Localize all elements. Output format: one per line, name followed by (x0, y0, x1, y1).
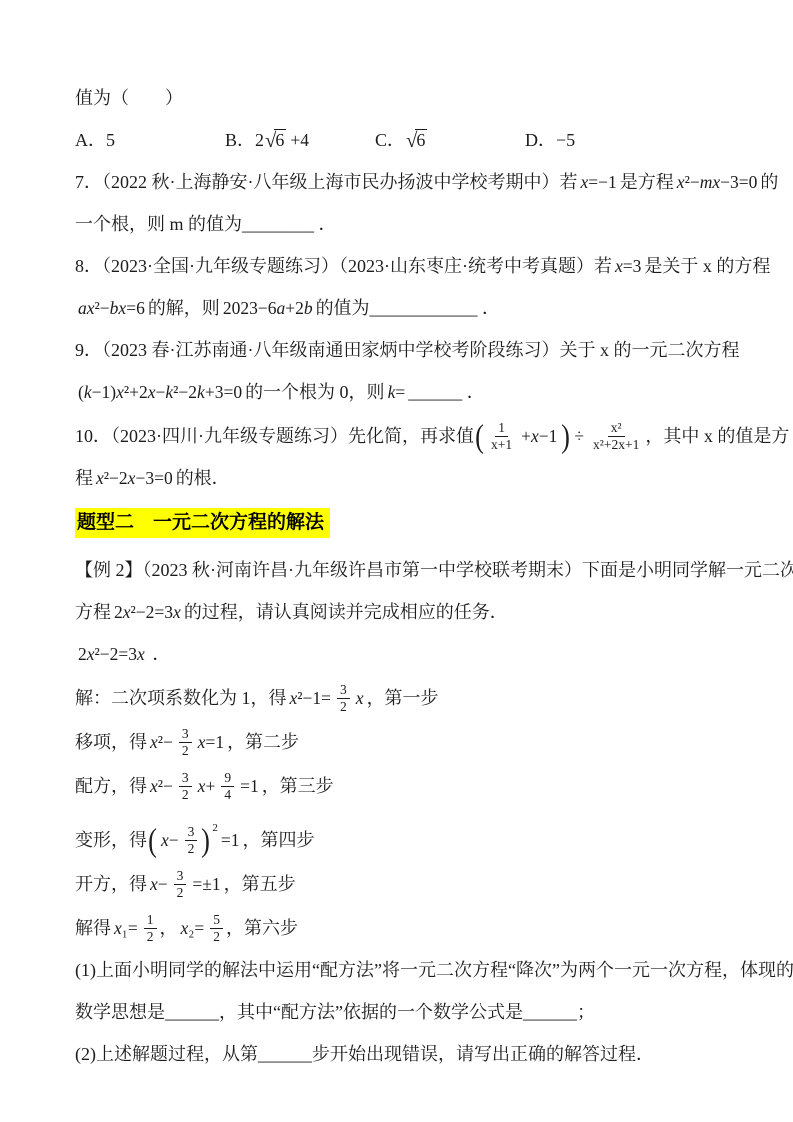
text-run: 【例 2】（2023 秋·河南许昌·九年级许昌市第一中学校联考期末）下面是小明同… (75, 560, 793, 580)
solution-step-5: 开方，得x−32=±1，第五步 (75, 870, 733, 902)
solution-step-2: 移项，得x²−32x=1，第二步 (75, 728, 733, 760)
text-run: ，第三步 (262, 776, 334, 796)
text-run: ，第四步 (243, 830, 315, 850)
text-run: ． (148, 644, 171, 664)
fraction: 32 (337, 682, 350, 714)
fraction: 32 (174, 868, 187, 900)
text-run: 方程 (75, 602, 111, 622)
text-run: ______ ． (408, 382, 485, 402)
fraction-numerator: 9 (221, 770, 234, 787)
text-run: 的根． (176, 468, 230, 488)
math-run: x=1 (198, 732, 224, 752)
text-run: 的一个根为 0，则 (245, 382, 385, 402)
math-run: x− (150, 874, 168, 894)
math-run: x+ (198, 776, 216, 796)
solution-step-4: 变形，得(x−32)2=1，第四步 (75, 816, 733, 858)
text-run: ，其中 x 的值是方 (645, 426, 789, 446)
math-run: x²− (150, 776, 173, 796)
math-run: x²− (150, 732, 173, 752)
text-run: 一个根，则 m 的值为________ ． (75, 214, 337, 234)
fraction-numerator: 1 (495, 420, 508, 437)
section-heading-line: 题型二 一元二次方程的解法 (75, 508, 733, 538)
fraction-numerator: 3 (185, 824, 198, 841)
fraction-numerator: 3 (337, 682, 350, 699)
text-run: 的 (760, 172, 778, 192)
fraction-numerator: 1 (144, 912, 157, 929)
choice-C: C．√6 (375, 128, 525, 152)
fraction-denominator: 2 (337, 699, 350, 715)
text-run: 移项，得 (75, 732, 147, 752)
fraction-denominator: 2 (185, 841, 198, 857)
fraction-denominator: 2 (179, 743, 192, 759)
sqrt-radical: √6 (406, 128, 427, 152)
text-run: ，第六步 (226, 918, 298, 938)
fraction-denominator: 4 (221, 787, 234, 803)
fraction-denominator: 2 (144, 929, 157, 945)
text-run: B．2 (225, 130, 264, 150)
text-run: 7．（2022 秋·上海静安·八年级上海市民办扬波中学校考期中）若 (75, 172, 578, 192)
choice-D: D．−5 (525, 128, 575, 152)
solution-step-1: 解：二次项系数化为 1，得x²−1=32x，第一步 (75, 684, 733, 716)
math-run: x²−1= (290, 688, 332, 708)
example-2-line-2: 方程2x²−2=3x的过程，请认真阅读并完成相应的任务． (75, 600, 733, 624)
solution-step-6: 解得x₁=12，x₂=52，第六步 (75, 914, 733, 946)
text-run: 的过程，请认真阅读并完成相应的任务． (184, 602, 508, 622)
problem-7-line-1: 7．（2022 秋·上海静安·八年级上海市民办扬波中学校考期中）若x=−1是方程… (75, 170, 733, 194)
problem-8-line-2: ax²−bx=6的解，则2023−6a+2b的值为____________ ． (75, 296, 733, 320)
choice-B: B．2√6+4 (225, 128, 375, 152)
radicand: 6 (274, 129, 286, 152)
text-run: 是关于 x 的方程 (644, 256, 770, 276)
math-run: =1 (240, 776, 259, 796)
sqrt-radical: √6 (265, 128, 286, 152)
text-run: 数学思想是______，其中“配方法”依据的一个数学公式是______； (75, 1002, 595, 1022)
math-run: =1 (221, 830, 240, 850)
math-run: 2023−6a+2b (223, 298, 313, 318)
text-run: (2)上述解题过程，从第______步开始出现错误，请写出正确的解答过程． (75, 1044, 654, 1064)
text-run: C． (375, 130, 405, 150)
text-run: 的解，则 (148, 298, 220, 318)
fraction: 12 (144, 912, 157, 944)
problem-9-line-2: (k−1)x²+2x−k²−2k+3=0的一个根为 0，则k=______ ． (75, 380, 733, 404)
fraction-denominator: 2 (210, 929, 223, 945)
task-1-line-1: (1)上面小明同学的解法中运用“配方法”将一元二次方程“降次”为两个一元一次方程… (75, 958, 733, 982)
text-run: 8．（2023·全国·九年级专题练习）（2023·山东枣庄·统考中考真题）若 (75, 256, 612, 276)
task-1-line-2: 数学思想是______，其中“配方法”依据的一个数学公式是______； (75, 1000, 733, 1024)
text-run: A．5 (75, 130, 115, 150)
fraction-numerator: 3 (179, 726, 192, 743)
text-run: ，第五步 (224, 874, 296, 894)
fraction-numerator: x² (608, 420, 625, 437)
text-run: 配方，得 (75, 776, 147, 796)
text-run: 开方，得 (75, 874, 147, 894)
task-2-line: (2)上述解题过程，从第______步开始出现错误，请写出正确的解答过程． (75, 1042, 733, 1066)
math-run: +x−1 (521, 426, 557, 446)
text-run: 10．（2023·四川·九年级专题练习）先化简，再求值 (75, 426, 474, 446)
math-run: 2x²−2=3x (114, 602, 181, 622)
worksheet-content: 值为（ ）A．5B．2√6+4C．√6D．−57．（2022 秋·上海静安·八年… (75, 86, 733, 1066)
math-run: ÷ (574, 426, 584, 446)
fraction-numerator: 5 (210, 912, 223, 929)
problem-8-line-1: 8．（2023·全国·九年级专题练习）（2023·山东枣庄·统考中考真题）若x=… (75, 254, 733, 278)
section-heading: 题型二 一元二次方程的解法 (75, 508, 330, 538)
fraction: 32 (185, 824, 198, 856)
text-run: ， (160, 918, 178, 938)
fraction: 52 (210, 912, 223, 944)
text-run: 变形，得 (75, 830, 147, 850)
math-run: x=−1 (581, 172, 617, 192)
solution-step-3: 配方，得x²−32x+94=1，第三步 (75, 772, 733, 804)
math-run: x− (161, 830, 179, 850)
text-run: ，第一步 (367, 688, 439, 708)
paren-power: )2 (200, 830, 218, 850)
radicand: 6 (415, 129, 427, 152)
problem-7-line-2: 一个根，则 m 的值为________ ． (75, 212, 733, 236)
problem-10-line-1: 10．（2023·四川·九年级专题练习）先化简，再求值(1x+1+x−1)÷x²… (75, 422, 733, 454)
fraction-denominator: 2 (174, 885, 187, 901)
math-run: x₁= (114, 918, 138, 938)
math-run: 2x²−2=3x (78, 644, 145, 664)
fraction: 94 (221, 770, 234, 802)
text-run: 的值为____________ ． (316, 298, 501, 318)
problem-10-line-2: 程x²−2x−3=0的根． (75, 466, 733, 490)
fraction: x²x²+2x+1 (590, 420, 642, 452)
text-run: D．−5 (525, 130, 575, 150)
choice-A: A．5 (75, 128, 225, 152)
text-run: 程 (75, 468, 93, 488)
math-run: =±1 (192, 874, 220, 894)
fraction-denominator: 2 (179, 787, 192, 803)
fraction-denominator: x²+2x+1 (590, 437, 642, 453)
worksheet-page: 值为（ ）A．5B．2√6+4C．√6D．−57．（2022 秋·上海静安·八年… (0, 0, 793, 1122)
fraction: 32 (179, 770, 192, 802)
text-run: 解：二次项系数化为 1，得 (75, 688, 287, 708)
text-run: 解得 (75, 918, 111, 938)
problem-9-line-1: 9．（2023 春·江苏南通·八年级南通田家炳中学校考阶段练习）关于 x 的一元… (75, 338, 733, 362)
fraction: 32 (179, 726, 192, 758)
math-run: (k−1)x²+2x−k²−2k+3=0 (78, 382, 242, 402)
fraction-numerator: 3 (174, 868, 187, 885)
example-2-line-1: 【例 2】（2023 秋·河南许昌·九年级许昌市第一中学校联考期末）下面是小明同… (75, 558, 733, 582)
problem-6-choices: A．5B．2√6+4C．√6D．−5 (75, 128, 733, 152)
text-run: 值为（ ） (75, 88, 183, 108)
problem-6-stem-tail: 值为（ ） (75, 86, 733, 110)
fraction: 1x+1 (488, 420, 515, 452)
fraction-denominator: x+1 (488, 437, 515, 453)
math-run: x²−2x−3=0 (96, 468, 173, 488)
math-run: ax²−bx=6 (78, 298, 145, 318)
text-run: (1)上面小明同学的解法中运用“配方法”将一元二次方程“降次”为两个一元一次方程… (75, 960, 793, 980)
equation-line: 2x²−2=3x ． (75, 642, 733, 666)
math-run: x²−mx−3=0 (677, 172, 758, 192)
text-run: 9．（2023 春·江苏南通·八年级南通田家炳中学校考阶段练习）关于 x 的一元… (75, 340, 740, 360)
text-run: 是方程 (620, 172, 674, 192)
fraction-numerator: 3 (179, 770, 192, 787)
math-run: x (356, 688, 364, 708)
exponent: 2 (212, 822, 218, 834)
math-run: x₂= (181, 918, 205, 938)
math-run: x=3 (615, 256, 641, 276)
text-run: ，第二步 (227, 732, 299, 752)
math-run: k= (388, 382, 406, 402)
math-run: +4 (290, 130, 309, 150)
